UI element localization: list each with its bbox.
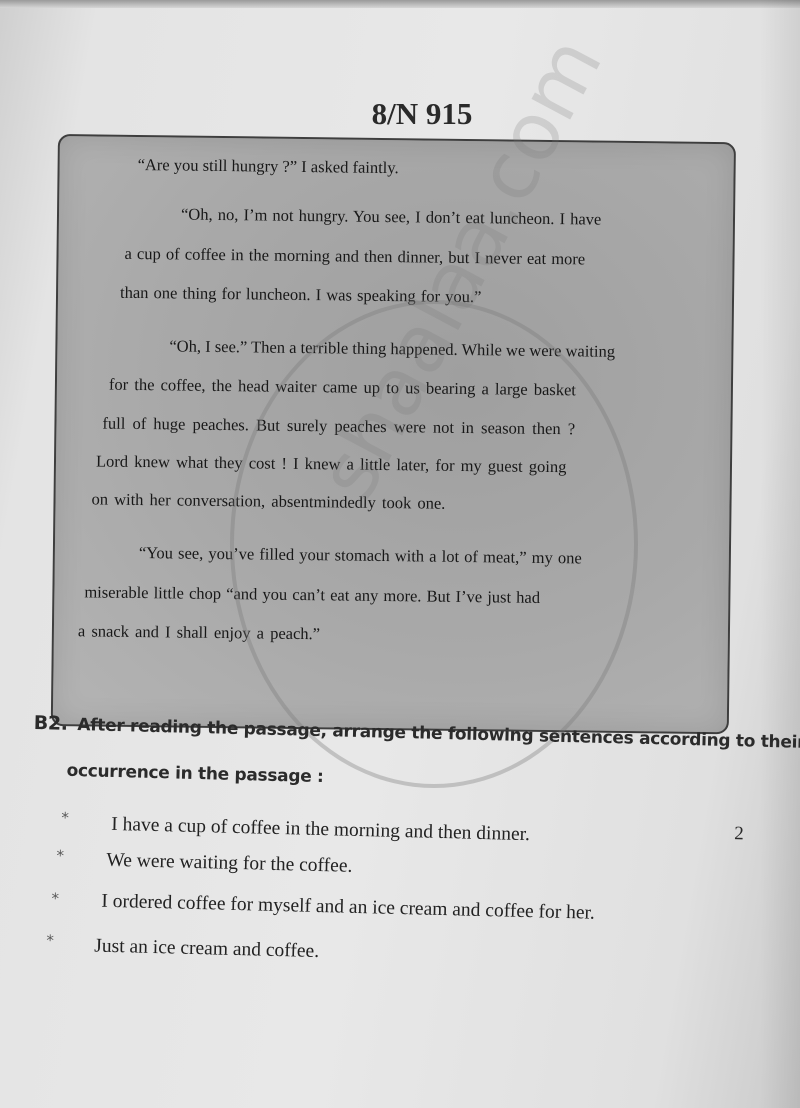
paper-code: 8/N 915 xyxy=(0,96,800,132)
passage-line: “Are you still hungry ?” I asked faintly… xyxy=(138,155,399,178)
passage-line: than one thing for luncheon. I was speak… xyxy=(120,283,482,307)
option-item: Just an ice cream and coffee. xyxy=(94,936,319,963)
passage-line: Lord knew what they cost ! I knew a litt… xyxy=(96,451,567,477)
passage-line: full of huge peaches. But surely peaches… xyxy=(102,414,575,440)
question-number: B2. xyxy=(33,712,68,735)
passage-line: a snack and I shall enjoy a peach.” xyxy=(78,621,320,644)
option-item: I ordered coffee for myself and an ice c… xyxy=(101,891,595,925)
bullet-icon: * xyxy=(56,847,64,865)
passage-box: “Are you still hungry ?” I asked faintly… xyxy=(51,134,736,734)
option-item: I have a cup of coffee in the morning an… xyxy=(111,814,530,846)
passage-text: “Are you still hungry ?” I asked faintly… xyxy=(60,136,734,144)
page-top-edge xyxy=(0,0,800,8)
bullet-icon: * xyxy=(61,809,69,827)
marks-label: 2 xyxy=(734,823,744,845)
question-instruction-line2: occurrence in the passage : xyxy=(66,761,323,787)
passage-line: “Oh, I see.” Then a terrible thing happe… xyxy=(169,336,615,361)
passage-line: on with her conversation, absentmindedly… xyxy=(91,489,445,513)
page-shadow xyxy=(760,0,800,1108)
passage-line: a cup of coffee in the morning and then … xyxy=(124,244,585,270)
bullet-icon: * xyxy=(46,931,54,949)
passage-line: miserable little chop “and you can’t eat… xyxy=(84,582,540,608)
passage-line: “Oh, no, I’m not hungry. You see, I don’… xyxy=(181,205,602,230)
bullet-icon: * xyxy=(51,889,59,907)
passage-line: for the coffee, the head waiter came up … xyxy=(109,375,576,401)
option-item: We were waiting for the coffee. xyxy=(106,850,353,878)
passage-line: “You see, you’ve filled your stomach wit… xyxy=(139,543,582,568)
